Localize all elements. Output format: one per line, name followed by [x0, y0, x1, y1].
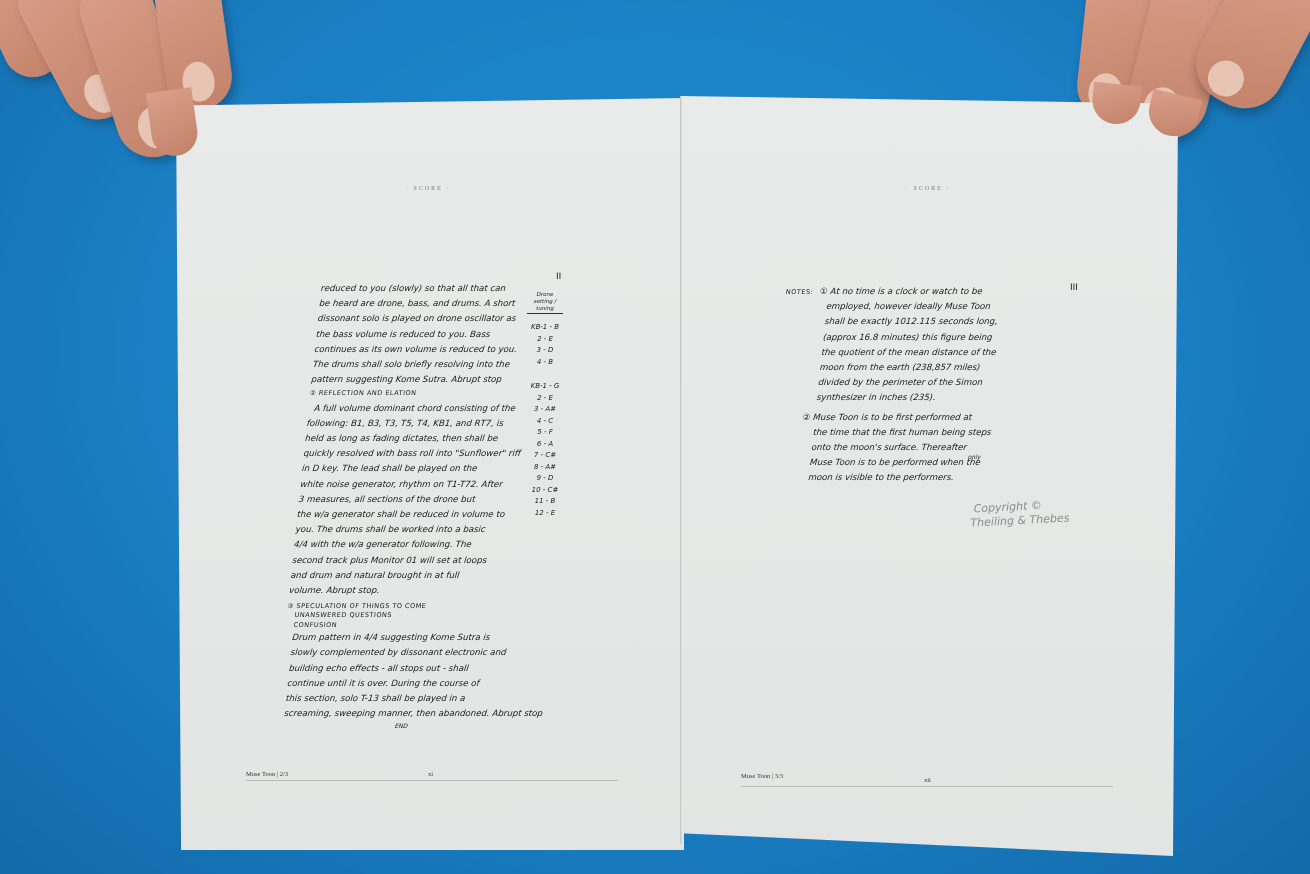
score-line: building echo effects - all stops out - …	[280, 662, 548, 677]
page-number: xi	[428, 771, 433, 778]
copyright-signature: Copyright © Theiling & Thebes	[969, 497, 1069, 530]
booklet-spine	[680, 96, 683, 844]
note-line: the time that the first human being step…	[770, 426, 992, 441]
note-line: (approx 16.8 minutes) this figure being	[780, 331, 1002, 346]
note-line: the quotient of the mean distance of the	[779, 346, 1001, 361]
note-line: synthesizer in inches (235).	[774, 391, 996, 406]
score-line: continue until it is over. During the co…	[279, 677, 547, 692]
note-line: divided by the perimeter of the Simon	[775, 376, 997, 391]
section-subheading: UNANSWERED QUESTIONS	[286, 611, 553, 620]
score-line: you. The drums shall be worked into a ba…	[295, 523, 563, 538]
setting-item: 12 - E	[527, 508, 563, 520]
page-header: · SCORE ·	[906, 186, 950, 192]
note-line: onto the moon's surface. Thereafter	[769, 441, 991, 456]
setting-item: 3 - A#	[527, 404, 563, 416]
setting-item: 4 - C	[527, 416, 563, 428]
page-number: xii	[924, 777, 931, 784]
score-line: slowly complemented by dissonant electro…	[282, 646, 550, 661]
note-line: ② Muse Toon is to be first performed at	[772, 411, 994, 426]
setting-item: 6 - A	[527, 439, 563, 451]
setting-item: 2 - E	[527, 393, 563, 405]
score-line: 3 measures, all sections of the drone bu…	[298, 493, 566, 508]
setting-item: 3 - D	[527, 345, 563, 357]
page-footer-title: Muse Toon | 2/3	[246, 771, 288, 778]
page-footer-title: Muse Toon | 3/3	[741, 773, 783, 780]
score-line: and drum and natural brought in at full	[290, 569, 558, 584]
score-line: second track plus Monitor 01 will set at…	[291, 554, 559, 569]
note-line: Muse Toon is to be performed when the	[767, 456, 989, 471]
setting-item: 10 - C#	[527, 485, 563, 497]
setting-item: 2 - E	[527, 334, 563, 346]
setting-item: 8 - A#	[527, 462, 563, 474]
section-heading: ③ SPECULATION OF THINGS TO COME	[287, 602, 554, 611]
setting-item: 9 - D	[527, 473, 563, 485]
score-line: screaming, sweeping manner, then abandon…	[275, 707, 543, 722]
setting-item: 5 - F	[527, 427, 563, 439]
note-line: moon is visible to the performers.	[765, 471, 987, 486]
footer-rule	[246, 780, 618, 781]
note-line: employed, however ideally Muse Toon	[783, 300, 1005, 315]
drone-settings-column: Drone setting / tuning KB-1 - B 2 - E 3 …	[527, 292, 563, 519]
setting-item: 11 - B	[527, 496, 563, 508]
column-heading: Drone setting / tuning	[527, 292, 563, 314]
setting-item: KB-1 - B	[527, 322, 563, 334]
score-line: this section, solo T-13 shall be played …	[277, 692, 545, 707]
note-line: ① At no time is a clock or watch to be	[819, 287, 983, 297]
setting-item: 4 - B	[527, 357, 563, 369]
page-marker: II	[556, 272, 561, 282]
score-line: volume. Abrupt stop.	[288, 584, 556, 599]
score-line: END	[274, 722, 541, 731]
page-header: · SCORE ·	[406, 186, 450, 192]
score-line: the w/a generator shall be reduced in vo…	[296, 508, 564, 523]
footer-rule	[741, 786, 1113, 787]
score-line: 4/4 with the w/a generator following. Th…	[293, 538, 561, 553]
setting-item: KB-1 - G	[527, 381, 563, 393]
notes-row: NOTES:① At no time is a clock or watch t…	[785, 285, 1007, 300]
section-subheading: CONFUSION	[285, 620, 553, 631]
setting-item: 7 - C#	[527, 450, 563, 462]
note-insert: only	[968, 454, 982, 462]
score-line: Drum pattern in 4/4 suggesting Kome Sutr…	[283, 631, 551, 646]
page-marker: III	[1070, 283, 1078, 293]
note-line: shall be exactly 1012.115 seconds long,	[782, 315, 1004, 330]
note-line: moon from the earth (238,857 miles)	[777, 361, 999, 376]
notes-label: NOTES:	[785, 285, 821, 300]
